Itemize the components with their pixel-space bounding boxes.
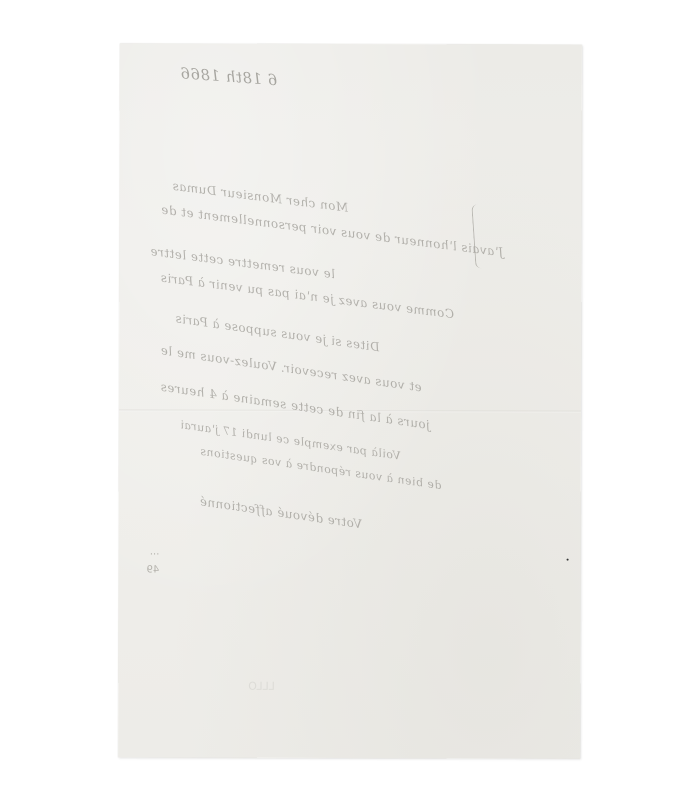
letter-signature-line: Votre dévoué affectionné (199, 494, 363, 531)
letter-line-4: Comme vous avez je n'ai pas pu venir à P… (160, 271, 455, 322)
pencil-annotation: ... 49 (147, 543, 160, 579)
pencil-note-2: 49 (147, 561, 160, 579)
margin-bracket-mark (471, 204, 486, 269)
scan-background: 6 18th 1866 Mon cher Monsieur Dumas J'av… (0, 0, 700, 800)
letter-line-9: de bien à vous répondre à vos questions (199, 445, 442, 492)
faint-stamp-mark: LLLO (248, 680, 275, 693)
letter-sheet: 6 18th 1866 Mon cher Monsieur Dumas J'av… (118, 43, 582, 758)
letter-date: 6 18th 1866 (179, 64, 278, 89)
letter-line-5: Dites si je vous suppose à Paris (174, 311, 380, 354)
ink-speck (567, 559, 569, 561)
pencil-note-1: ... (147, 543, 160, 561)
